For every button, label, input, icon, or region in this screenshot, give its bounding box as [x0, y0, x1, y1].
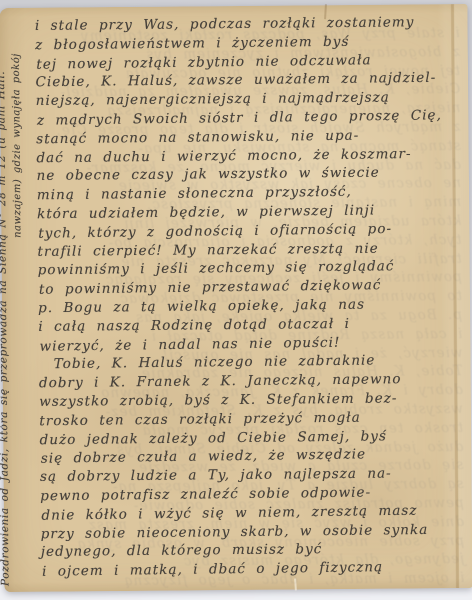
letter-body: i stale przy Was, podczas rozłąki zostan…	[35, 12, 465, 581]
handwritten-line: wszystko zrobią, byś z K. Stefankiem bez…	[39, 389, 463, 412]
margin-note-vertical-outer: Pozdrowienia od Jadzi, która się przepro…	[0, 71, 12, 586]
paper-fold-crease-bottom	[294, 578, 297, 590]
letter-paper: i stale przy Was, podczas rozłąki zostan…	[0, 4, 472, 592]
scanned-letter-background: i stale przy Was, podczas rozłąki zostan…	[0, 0, 472, 600]
margin-note-vertical-inner: nawzajem) gdzie wynajęła pokój	[11, 53, 24, 238]
handwritten-line: trafili cierpieć! My narzekać zresztą ni…	[37, 238, 461, 261]
